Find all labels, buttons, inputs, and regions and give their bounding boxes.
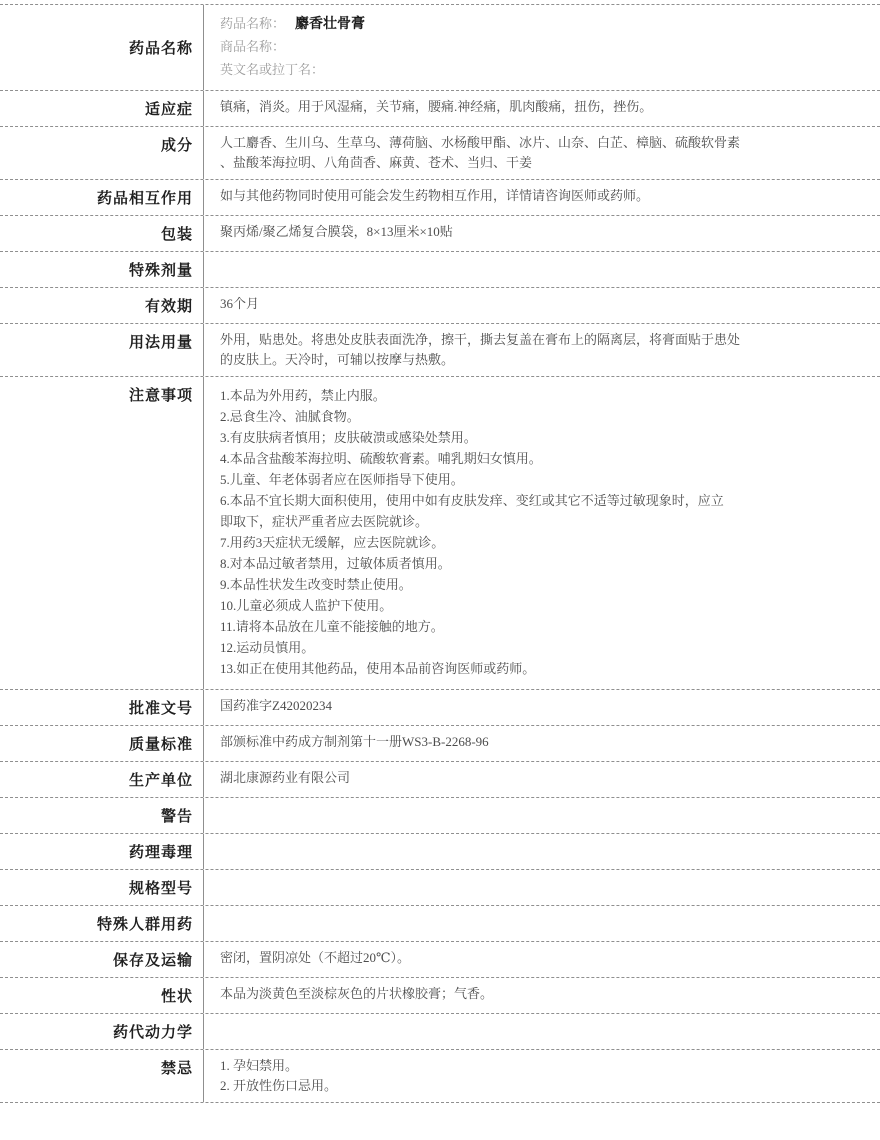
- row-approval-number: 批准文号 国药准字Z42020234: [0, 690, 880, 726]
- row-contraindications: 禁忌 1. 孕妇禁用。 2. 开放性伤口忌用。: [0, 1050, 880, 1103]
- row-content-quality-standard: 部颁标准中药成方制剂第十一册WS3-B-2268-96: [204, 726, 880, 761]
- row-warning: 警告: [0, 798, 880, 834]
- row-content-storage-transport: 密闭，置阴凉处（不超过20℃）。: [204, 942, 880, 977]
- field-key-english-name: 英文名或拉丁名：: [220, 62, 324, 77]
- field-key-trade-name: 商品名称：: [220, 39, 285, 54]
- row-special-population: 特殊人群用药: [0, 906, 880, 942]
- row-content-shelf-life: 36个月: [204, 288, 880, 323]
- row-label-special-population: 特殊人群用药: [0, 906, 204, 941]
- row-indications: 适应症 镇痛，消炎。用于风湿痛，关节痛，腰痛.神经痛，肌肉酸痛，扭伤，挫伤。: [0, 91, 880, 127]
- row-label-drug-interactions: 药品相互作用: [0, 180, 204, 215]
- row-label-quality-standard: 质量标准: [0, 726, 204, 761]
- row-content-dosage-usage: 外用，贴患处。将患处皮肤表面洗净，擦干，撕去复盖在膏布上的隔离层，将膏面贴于患处…: [204, 324, 880, 376]
- row-label-indications: 适应症: [0, 91, 204, 126]
- row-content-specification-model: [204, 870, 880, 905]
- row-label-warning: 警告: [0, 798, 204, 833]
- row-content-contraindications: 1. 孕妇禁用。 2. 开放性伤口忌用。: [204, 1050, 880, 1102]
- row-label-shelf-life: 有效期: [0, 288, 204, 323]
- row-packaging: 包装 聚丙烯/聚乙烯复合膜袋，8×13厘米×10贴: [0, 216, 880, 252]
- row-pharmacology-toxicology: 药理毒理: [0, 834, 880, 870]
- row-manufacturer: 生产单位 湖北康源药业有限公司: [0, 762, 880, 798]
- row-label-packaging: 包装: [0, 216, 204, 251]
- field-drug-name: 药品名称：麝香壮骨膏: [220, 13, 864, 36]
- row-storage-transport: 保存及运输 密闭，置阴凉处（不超过20℃）。: [0, 942, 880, 978]
- row-drug-interactions: 药品相互作用 如与其他药物同时使用可能会发生药物相互作用，详情请咨询医师或药师。: [0, 180, 880, 216]
- row-content-pharmacology-toxicology: [204, 834, 880, 869]
- row-content-approval-number: 国药准字Z42020234: [204, 690, 880, 725]
- row-label-pharmacology-toxicology: 药理毒理: [0, 834, 204, 869]
- row-content-properties: 本品为淡黄色至淡棕灰色的片状橡胶膏；气香。: [204, 978, 880, 1013]
- row-content-drug-interactions: 如与其他药物同时使用可能会发生药物相互作用，详情请咨询医师或药师。: [204, 180, 880, 215]
- row-specification-model: 规格型号: [0, 870, 880, 906]
- row-label-approval-number: 批准文号: [0, 690, 204, 725]
- field-key-drug-name: 药品名称：: [220, 16, 285, 31]
- row-pharmacokinetics: 药代动力学: [0, 1014, 880, 1050]
- row-content-manufacturer: 湖北康源药业有限公司: [204, 762, 880, 797]
- row-quality-standard: 质量标准 部颁标准中药成方制剂第十一册WS3-B-2268-96: [0, 726, 880, 762]
- row-content-warning: [204, 798, 880, 833]
- field-value-drug-name: 麝香壮骨膏: [295, 17, 365, 32]
- row-label-dosage-usage: 用法用量: [0, 324, 204, 376]
- row-label-specification-model: 规格型号: [0, 870, 204, 905]
- row-properties: 性状 本品为淡黄色至淡棕灰色的片状橡胶膏；气香。: [0, 978, 880, 1014]
- row-label-properties: 性状: [0, 978, 204, 1013]
- row-content-packaging: 聚丙烯/聚乙烯复合膜袋，8×13厘米×10贴: [204, 216, 880, 251]
- row-label-ingredients: 成分: [0, 127, 204, 179]
- row-content-special-population: [204, 906, 880, 941]
- row-label-drug-name: 药品名称: [0, 5, 204, 90]
- drug-info-table: 药品名称 药品名称：麝香壮骨膏 商品名称： 英文名或拉丁名： 适应症 镇痛，消炎…: [0, 4, 880, 1103]
- row-label-precautions: 注意事项: [0, 377, 204, 689]
- field-english-name: 英文名或拉丁名：: [220, 59, 864, 82]
- row-shelf-life: 有效期 36个月: [0, 288, 880, 324]
- row-label-special-dosage: 特殊剂量: [0, 252, 204, 287]
- row-label-storage-transport: 保存及运输: [0, 942, 204, 977]
- row-label-contraindications: 禁忌: [0, 1050, 204, 1102]
- row-label-pharmacokinetics: 药代动力学: [0, 1014, 204, 1049]
- row-content-pharmacokinetics: [204, 1014, 880, 1049]
- row-content-precautions: 1.本品为外用药，禁止内服。 2.忌食生冷、油腻食物。 3.有皮肤病者慎用；皮肤…: [204, 377, 880, 689]
- row-label-manufacturer: 生产单位: [0, 762, 204, 797]
- row-dosage-usage: 用法用量 外用，贴患处。将患处皮肤表面洗净，擦干，撕去复盖在膏布上的隔离层，将膏…: [0, 324, 880, 377]
- row-precautions: 注意事项 1.本品为外用药，禁止内服。 2.忌食生冷、油腻食物。 3.有皮肤病者…: [0, 377, 880, 690]
- row-content-indications: 镇痛，消炎。用于风湿痛，关节痛，腰痛.神经痛，肌肉酸痛，扭伤，挫伤。: [204, 91, 880, 126]
- row-drug-name: 药品名称 药品名称：麝香壮骨膏 商品名称： 英文名或拉丁名：: [0, 5, 880, 91]
- row-content-drug-name: 药品名称：麝香壮骨膏 商品名称： 英文名或拉丁名：: [204, 5, 880, 90]
- row-ingredients: 成分 人工麝香、生川乌、生草乌、薄荷脑、水杨酸甲酯、冰片、山奈、白芷、樟脑、硫酸…: [0, 127, 880, 180]
- row-special-dosage: 特殊剂量: [0, 252, 880, 288]
- row-content-ingredients: 人工麝香、生川乌、生草乌、薄荷脑、水杨酸甲酯、冰片、山奈、白芷、樟脑、硫酸软骨素…: [204, 127, 880, 179]
- row-content-special-dosage: [204, 252, 880, 287]
- field-trade-name: 商品名称：: [220, 36, 864, 59]
